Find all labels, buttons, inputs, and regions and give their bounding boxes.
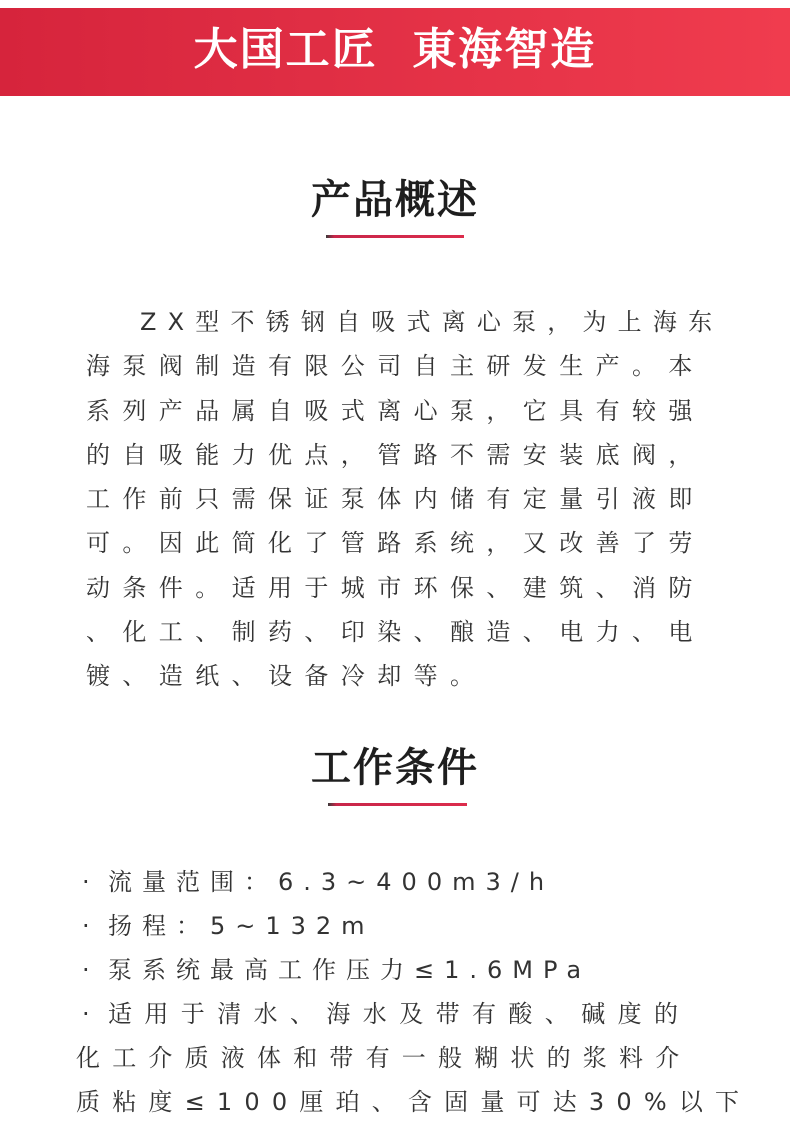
bullet-dot-icon: · xyxy=(82,948,108,992)
conditions-heading-underline xyxy=(328,803,467,806)
overview-heading-underline xyxy=(326,235,464,238)
bullet-dot-icon: · xyxy=(82,904,108,948)
list-item-text: 泵系统最高工作压力≤1.6MPa xyxy=(108,956,591,984)
paragraph-line: 、化工、制药、印染、酿造、电力、电 xyxy=(86,610,706,654)
list-item-text: 扬程：5~132m xyxy=(108,912,375,940)
list-item-text: 适用于清水、海水及带有酸、碱度的 xyxy=(108,1000,690,1028)
list-item: ·流量范围：6.3~400m3/h xyxy=(76,860,716,904)
list-item: ·扬程：5~132m xyxy=(76,904,716,948)
conditions-list: ·流量范围：6.3~400m3/h ·扬程：5~132m ·泵系统最高工作压力≤… xyxy=(76,860,716,1124)
list-item-text: 流量范围：6.3~400m3/h xyxy=(108,868,554,896)
bullet-dot-icon: · xyxy=(82,860,108,904)
paragraph-line: 系列产品属自吸式离心泵，它具有较强 xyxy=(86,389,706,433)
list-item-continuation: 化工介质液体和带有一般糊状的浆料介 xyxy=(76,1036,716,1080)
top-banner: 大国工匠 東海智造 xyxy=(0,8,790,96)
paragraph-line: 动条件。适用于城市环保、建筑、消防 xyxy=(86,566,706,610)
overview-heading: 产品概述 xyxy=(0,180,790,220)
paragraph-line: 的自吸能力优点，管路不需安装底阀， xyxy=(86,433,706,477)
paragraph-line: 可。因此简化了管路系统，又改善了劳 xyxy=(86,521,706,565)
overview-paragraph: ZX型不锈钢自吸式离心泵，为上海东 海泵阀制造有限公司自主研发生产。本 系列产品… xyxy=(86,300,706,699)
paragraph-line: 工作前只需保证泵体内储有定量引液即 xyxy=(86,477,706,521)
paragraph-line: 镀、造纸、设备冷却等。 xyxy=(86,654,706,698)
conditions-heading: 工作条件 xyxy=(0,748,790,788)
list-item: ·泵系统最高工作压力≤1.6MPa xyxy=(76,948,716,992)
bullet-dot-icon: · xyxy=(82,992,108,1036)
paragraph-line: 海泵阀制造有限公司自主研发生产。本 xyxy=(86,344,706,388)
list-item: ·适用于清水、海水及带有酸、碱度的 xyxy=(76,992,716,1036)
paragraph-line: ZX型不锈钢自吸式离心泵，为上海东 xyxy=(86,300,706,344)
banner-title: 大国工匠 東海智造 xyxy=(194,28,597,72)
list-item-continuation: 质粘度≤100厘珀、含固量可达30%以下 xyxy=(76,1080,716,1124)
